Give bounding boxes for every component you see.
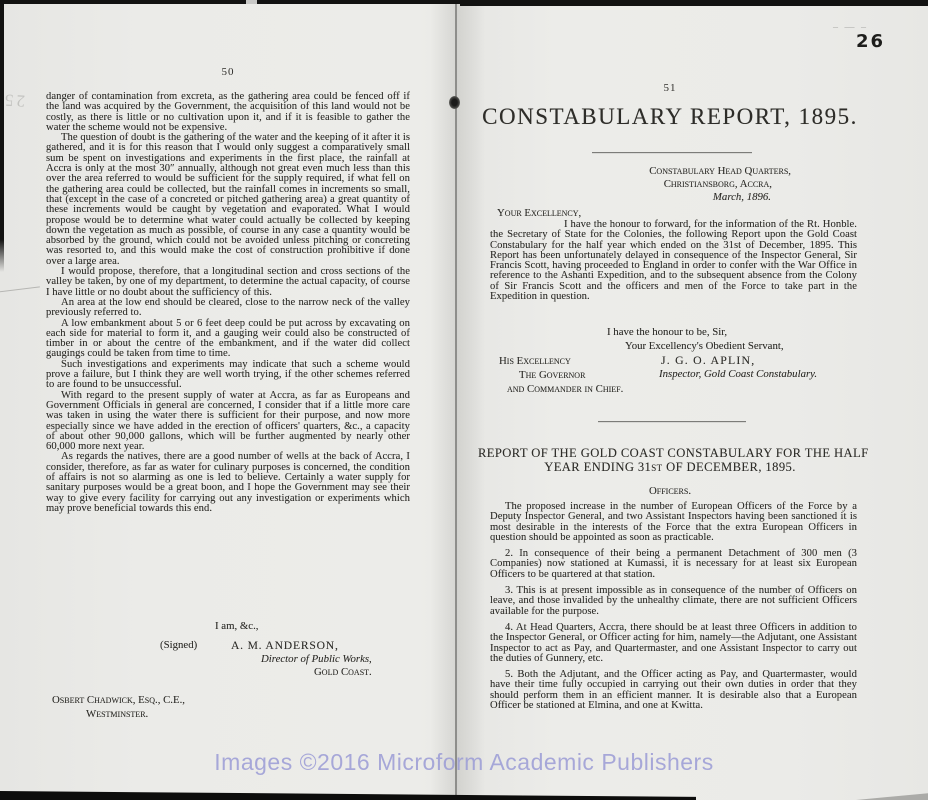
page-number-left: 50: [46, 66, 410, 78]
section-heading-line-2: YEAR ENDING 31st OF DECEMBER, 1895.: [478, 460, 862, 475]
scan-edge-top-notch: [246, 0, 257, 4]
letter-body: I have the honour to forward, for the in…: [490, 220, 857, 302]
signoff-signed: (Signed): [160, 640, 197, 651]
scan-edge-left: [0, 0, 4, 272]
address-date: March, 1896.: [480, 192, 771, 203]
paragraph: 3. This is at present impossible as in c…: [490, 586, 857, 617]
recipient-line-1: His Excellency: [499, 356, 571, 367]
page-number-right: 51: [480, 82, 860, 94]
paragraph: 4. At Head Quarters, Accra, there should…: [490, 623, 857, 664]
paragraph: I would propose, therefore, that a longi…: [46, 267, 410, 298]
scanned-book-spread: 50 danger of contamination from excreta,…: [0, 0, 928, 800]
scan-edge-bottom: [0, 789, 696, 800]
paragraph: 2. In consequence of their being a perma…: [490, 549, 857, 580]
addressee-place: Westminster.: [86, 709, 148, 720]
address-line-1: Constabulary Head Quarters,: [480, 166, 791, 177]
signoff-iam: I am, &c.,: [215, 621, 258, 632]
address-line-2: Christiansborg, Accra,: [480, 179, 772, 190]
inspector-signature-name: J. G. O. APLIN,: [661, 355, 755, 366]
valediction-line-1: I have the honour to be, Sir,: [607, 327, 727, 338]
section-heading-line-1: REPORT OF THE GOLD COAST CONSTABULARY FO…: [478, 446, 862, 461]
right-page-body: The proposed increase in the number of E…: [490, 502, 857, 711]
scan-edge-bottom-right: [856, 792, 928, 800]
inspector-signature-role: Inspector, Gold Coast Constabulary.: [659, 369, 817, 380]
frame-number: 26: [856, 31, 885, 52]
paragraph: The question of doubt is the gathering o…: [46, 133, 410, 267]
paragraph: 5. Both the Adjutant, and the Officer ac…: [490, 670, 857, 711]
publisher-watermark: Images ©2016 Microform Academic Publishe…: [0, 749, 928, 776]
paragraph: With regard to the present supply of wat…: [46, 391, 410, 453]
mirrored-page-number: 25: [1, 89, 25, 110]
signature-name: A. M. ANDERSON,: [231, 640, 339, 651]
paragraph: An area at the low end should be cleared…: [46, 298, 410, 319]
paragraph: As regards the natives, there are a good…: [46, 452, 410, 514]
scan-edge-top-right: [460, 0, 928, 6]
scan-scratch: [0, 286, 40, 292]
recipient-line-3: and Commander in Chief.: [507, 384, 623, 395]
section-rule: [598, 421, 746, 422]
paragraph: danger of contamination from excreta, as…: [46, 92, 410, 133]
addressee-name: Osbert Chadwick, Esq., C.E.,: [52, 695, 185, 706]
signature-place: Gold Coast.: [314, 667, 372, 678]
subheading-officers: Officers.: [478, 486, 862, 497]
gutter-ink-blot: [449, 96, 460, 109]
book-gutter-line: [455, 0, 457, 800]
valediction-line-2: Your Excellency's Obedient Servant,: [625, 341, 784, 352]
gutter-shadow-left: [430, 0, 455, 800]
salutation: Your Excellency,: [497, 208, 581, 219]
left-page-body: danger of contamination from excreta, as…: [46, 92, 410, 514]
paragraph: The proposed increase in the number of E…: [490, 502, 857, 543]
paragraph: A low embankment about 5 or 6 feet deep …: [46, 319, 410, 360]
report-title: CONSTABULARY REPORT, 1895.: [478, 104, 862, 130]
paragraph: Such investigations and experiments may …: [46, 360, 410, 391]
title-rule: [592, 152, 752, 153]
recipient-line-2: The Governor: [519, 370, 585, 381]
signature-role: Director of Public Works,: [261, 654, 372, 665]
